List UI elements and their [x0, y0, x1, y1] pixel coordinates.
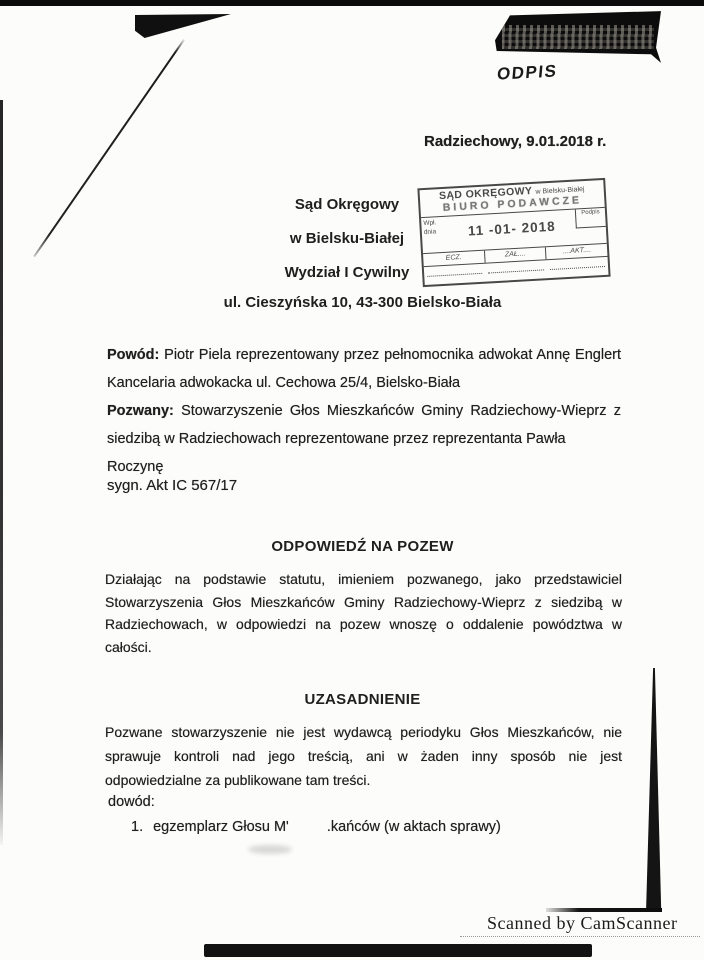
bottom-redaction-bar [204, 944, 592, 957]
plaintiff-paragraph: Powód: Piotr Piela reprezentowany przez … [107, 341, 621, 397]
scan-smudge-artifact [248, 845, 292, 854]
stamp-dotted-line [488, 260, 544, 273]
case-number: sygn. Akt IC 567/17 [107, 477, 237, 494]
scan-dotted-underline-artifact [460, 936, 700, 937]
response-line: całości. [105, 636, 622, 659]
defendant-paragraph: Pozwany: Stowarzyszenie Głos Mieszkańców… [107, 397, 621, 481]
scan-right-spike-artifact [645, 668, 663, 910]
evidence-item-text-right: .kańców (w aktach sprawy) [327, 819, 501, 835]
stamp-dotted-line [549, 257, 605, 270]
response-line: Stowarzyszenia Głos Mieszkańców Gminy Ra… [105, 591, 622, 614]
defendant-line-1-text: Stowarzyszenie Głos Mieszkańców Gminy Ra… [174, 403, 621, 419]
redaction-block [495, 10, 661, 64]
stamp-dotted-line [427, 264, 483, 277]
court-intake-stamp: SĄD OKRĘGOWY w Bielsku-Białej BIURO PODA… [417, 178, 610, 287]
defendant-line-2: siedzibą w Radziechowach reprezentowane … [107, 425, 621, 481]
defendant-label: Pozwany: [107, 403, 174, 419]
response-paragraph: Działając na podstawie statutu, imieniem… [105, 568, 622, 658]
plaintiff-line-1-text: Piotr Piela reprezentowany przez pełnomo… [159, 347, 621, 363]
response-heading: ODPOWIEDŹ NA POZEW [105, 538, 620, 555]
court-address: ul. Cieszyńska 10, 43-300 Bielsko-Biała [105, 294, 620, 311]
response-line: Radziechowach, w odpowiedzi na pozew wno… [105, 613, 622, 636]
evidence-list-item: 1.egzemplarz Głosu M'.kańców (w aktach s… [131, 819, 501, 835]
defendant-line-1: Pozwany: Stowarzyszenie Głos Mieszkańców… [107, 397, 621, 425]
handwritten-copy-note: ODPIS [496, 61, 558, 84]
plaintiff-line-1: Powód: Piotr Piela reprezentowany przez … [107, 341, 621, 369]
evidence-item-text-left: egzemplarz Głosu M' [153, 819, 289, 835]
camscanner-watermark: Scanned by CamScanner [487, 913, 677, 934]
plaintiff-line-2: Kancelaria adwokacka ul. Cechowa 25/4, B… [107, 369, 621, 397]
response-line: Działając na podstawie statutu, imieniem… [105, 568, 622, 591]
date-line: Radziechowy, 9.01.2018 r. [424, 133, 606, 150]
justification-line: sprawuje kontroli nad jego treścią, ani … [105, 744, 622, 768]
evidence-label: dowód: [108, 794, 155, 810]
stamp-received-label: Wpł. dnia [423, 219, 450, 238]
redaction-grain-texture [502, 25, 655, 49]
stamp-received-date: 11 -01- 2018 [449, 218, 574, 240]
justification-line: odpowiedzialne za publikowane tam treści… [105, 768, 622, 792]
justification-heading: UZASADNIENIE [105, 691, 620, 708]
justification-line: Pozwane stowarzyszenie nie jest wydawcą … [105, 720, 622, 744]
scan-wedge-artifact [135, 14, 231, 38]
stamp-signature-label: Podpis [575, 208, 606, 229]
scan-top-edge-artifact [0, 0, 704, 6]
scanned-document-page: ODPIS Radziechowy, 9.01.2018 r. Sąd Okrę… [0, 0, 704, 960]
evidence-item-number: 1. [131, 819, 143, 835]
scan-bottom-line-artifact [546, 908, 662, 912]
plaintiff-label: Powód: [107, 347, 159, 363]
justification-paragraph: Pozwane stowarzyszenie nie jest wydawcą … [105, 720, 622, 792]
